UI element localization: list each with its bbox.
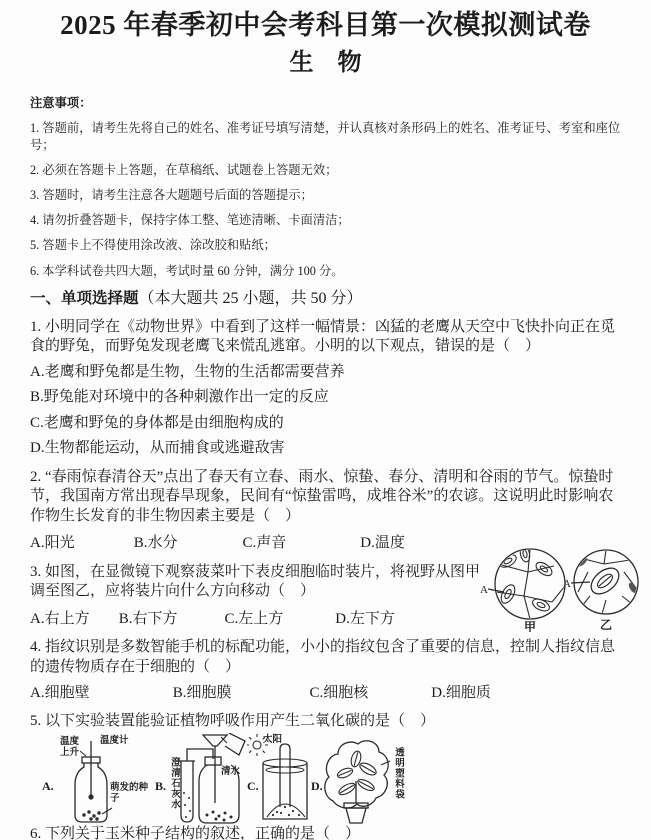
section-heading: 一、单项选择题（本大题共 25 小题，共 50 分）	[30, 289, 621, 310]
option-c: C.声音	[243, 534, 357, 554]
option-a: A.细胞壁	[30, 684, 169, 704]
sun-icon	[247, 734, 268, 756]
plant-in-bag-icon	[321, 735, 391, 825]
option-b: B.细胞膜	[173, 684, 306, 704]
question-1: 1. 小明同学在《动物世界》中看到了这样一幅情景：凶猛的老鹰从天空中飞快扑向正在…	[30, 318, 621, 357]
apparatus-d: D. 透明塑料袋	[311, 733, 406, 825]
question-6: 6. 下列关于玉米种子结构的叙述，正确的是（ ）	[30, 825, 621, 840]
apparatus-c: C. 太阳	[247, 733, 311, 825]
option-a: A.右上方	[30, 610, 115, 630]
question-text: 3. 如图，在显微镜下观察菠菜叶下表皮细胞临时装片，将视野从图甲调至图乙，应将装…	[30, 563, 485, 602]
section-meta: （本大题共 25 小题，共 50 分）	[139, 290, 363, 307]
notice-item: 5. 答题卡上不得使用涂改液、涂改胶和贴纸；	[30, 237, 621, 253]
caption-jia: 甲	[524, 620, 536, 632]
question-5: 5. 以下实验装置能验证植物呼吸作用产生二氧化碳的是（ ）	[30, 712, 621, 732]
page-title: 2025 年春季初中会考科目第一次模拟测试卷	[30, 8, 621, 43]
question-text: 6. 下列关于玉米种子结构的叙述，正确的是（ ）	[30, 825, 621, 840]
apparatus-b-letter: B.	[155, 779, 166, 794]
option-d: D.温度	[360, 534, 405, 554]
experiment-apparatus-figure: A. 温度 上升 温度计 萌发的种子 B. 澄清石灰水 清水	[40, 733, 620, 825]
question-1-option-b: B.野兔能对环境中的各种刺激作出一定的反应	[30, 388, 621, 408]
bottle-funnel-tube-icon	[179, 733, 247, 825]
caption-yi: 乙	[600, 618, 612, 632]
option-d: D.左下方	[335, 610, 395, 630]
pointer-a-right-label: A	[563, 578, 571, 590]
microscope-view-yi: A 乙	[563, 550, 639, 632]
pointer-a-left-label: A	[480, 584, 488, 596]
notice-item: 6. 本学科试卷共四大题，考试时量 60 分钟，满分 100 分。	[30, 263, 621, 279]
question-text: 5. 以下实验装置能验证植物呼吸作用产生二氧化碳的是（ ）	[30, 712, 621, 732]
question-4: 4. 指纹识别是多数智能手机的标配功能，小小的指纹包含了重要的信息，控制人指纹信…	[30, 638, 621, 677]
question-text: 4. 指纹识别是多数智能手机的标配功能，小小的指纹包含了重要的信息，控制人指纹信…	[30, 638, 621, 677]
bottle-thermometer-icon	[56, 735, 126, 825]
apparatus-b: B. 澄清石灰水 清水	[155, 733, 247, 825]
section-name: 一、单项选择题	[30, 290, 139, 307]
question-text: 2. “春雨惊春清谷天”点出了春天有立春、雨水、惊蛰、春分、清明和谷雨的节气。惊…	[30, 468, 621, 527]
notice-item: 1. 答题前，请考生先将自己的姓名、准考证号填写清楚，并认真核对条形码上的姓名、…	[30, 120, 621, 152]
microscope-views-drawing: A 甲	[478, 544, 650, 632]
question-4-options: A.细胞壁 B.细胞膜 C.细胞核 D.细胞质	[30, 684, 621, 704]
question-1-option-a: A.老鹰和野兔都是生物，生物的生活都需要营养	[30, 363, 621, 383]
notice-item: 2. 必须在答题卡上答题，在草稿纸、试题卷上答题无效；	[30, 162, 621, 178]
option-b: B.水分	[134, 534, 239, 554]
apparatus-a: A. 温度 上升 温度计 萌发的种子	[40, 733, 155, 825]
microscope-views-figure: A 甲	[478, 544, 650, 632]
option-d: D.细胞质	[431, 684, 491, 704]
plastic-bag-label: 透明塑料袋	[391, 747, 405, 815]
question-3: 3. 如图，在显微镜下观察菠菜叶下表皮细胞临时装片，将视野从图甲调至图乙，应将装…	[30, 563, 621, 602]
question-text: 1. 小明同学在《动物世界》中看到了这样一幅情景：凶猛的老鹰从天空中飞快扑向正在…	[30, 318, 621, 357]
question-2: 2. “春雨惊春清谷天”点出了春天有立春、雨水、惊蛰、春分、清明和谷雨的节气。惊…	[30, 468, 621, 527]
question-1-option-d: D.生物都能运动，从而捕食或逃避敌害	[30, 439, 621, 459]
notice-item: 4. 请勿折叠答题卡，保持字体工整、笔迹清晰、卡面清洁；	[30, 212, 621, 228]
notice-item: 3. 答题时，请考生注意各大题题号后面的答题提示；	[30, 187, 621, 203]
question-1-option-c: C.老鹰和野兔的身体都是由细胞构成的	[30, 414, 621, 434]
option-c: C.细胞核	[310, 684, 428, 704]
subject-title: 生 物	[30, 48, 621, 79]
beaker-sun-icon	[247, 733, 311, 825]
apparatus-a-letter: A.	[42, 779, 54, 794]
option-b: B.右下方	[119, 610, 221, 630]
notice-heading: 注意事项：	[30, 93, 621, 111]
exam-paper-page: 2025 年春季初中会考科目第一次模拟测试卷 生 物 注意事项： 1. 答题前，…	[0, 0, 651, 840]
option-a: A.阳光	[30, 534, 130, 554]
microscope-view-jia: A 甲	[480, 545, 565, 632]
option-c: C.左上方	[225, 610, 332, 630]
